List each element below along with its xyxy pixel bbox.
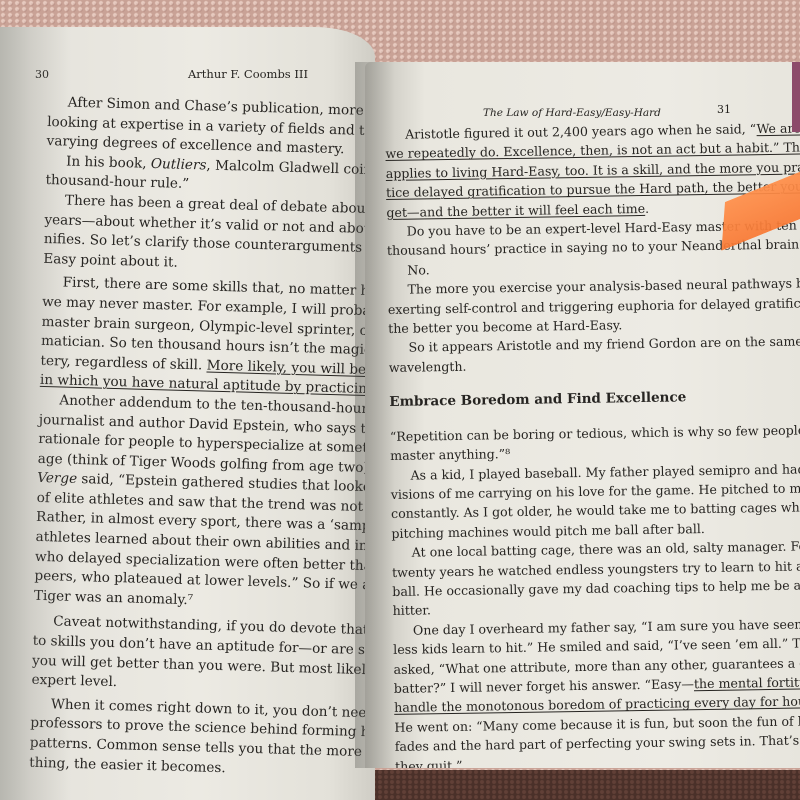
- pink-object-edge: [792, 62, 800, 132]
- dark-fabric-background: [330, 770, 800, 800]
- underlined-passage: get—and the better it will feel each tim…: [386, 201, 645, 220]
- underlined-passage: the mental fortitude to: [694, 674, 800, 691]
- page-number-right: 31: [717, 103, 731, 116]
- running-head-chapter: The Law of Hard-Easy/Easy-Hard: [483, 107, 661, 119]
- section-heading: Embrace Boredom and Find Excellence: [389, 386, 800, 413]
- left-page: 30 Arthur F. Coombs III After Simon and …: [0, 27, 375, 800]
- running-head-author: Arthur F. Coombs III: [188, 67, 308, 81]
- left-page-body: After Simon and Chase’s publication, mor…: [29, 93, 375, 786]
- page-number-left: 30: [35, 68, 49, 81]
- book-gutter-shadow: [355, 62, 395, 768]
- right-page: The Law of Hard-Easy/Easy-Hard 31 Aristo…: [365, 62, 800, 768]
